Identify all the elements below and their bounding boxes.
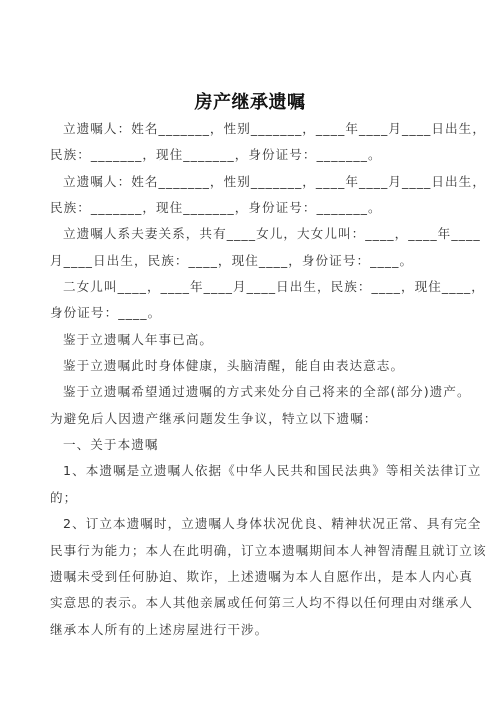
document-title: 房产继承遗嘱: [0, 91, 500, 115]
testator-2-name-line: 立遗嘱人：姓名_______，性别_______，____年____月____日…: [50, 169, 442, 195]
recital-intent: 鉴于立遗嘱希望通过遗嘱的方式来处分自己将来的全部(部分)遗产。: [50, 379, 442, 405]
testator-1-name-line: 立遗嘱人：姓名_______，性别_______，____年____月____日…: [50, 116, 442, 142]
eldest-daughter-details-line: 月____日出生，民族：____，现住____，身份证号：____。: [50, 248, 442, 274]
clause-2: 2、订立本遗嘱时，立遗嘱人身体状况优良、精神状况正常、具有完全: [50, 511, 442, 537]
second-daughter-line: 二女儿叫____，____年____月____日出生，民族：____，现住___…: [50, 274, 442, 300]
recital-intent-cont: 为避免后人因遗产继承问题发生争议，特立以下遗嘱：: [50, 406, 442, 432]
document-page: 房产继承遗嘱 立遗嘱人：姓名_______，性别_______，____年___…: [0, 0, 500, 708]
clause-2-cont-4: 继承本人所有的上述房屋进行干涉。: [50, 617, 442, 643]
testator-2-ethnicity-line: 民族：_______，现住_______，身份证号：_______。: [50, 195, 442, 221]
clause-2-cont-3: 实意思的表示。本人其他亲属或任何第三人均不得以任何理由对继承人: [50, 590, 442, 616]
clause-1: 1、本遗嘱是立遗嘱人依据《中华人民共和国民法典》等相关法律订立: [50, 458, 442, 484]
second-daughter-id-line: 身份证号：____。: [50, 300, 442, 326]
document-body: 立遗嘱人：姓名_______，性别_______，____年____月____日…: [50, 116, 442, 643]
eldest-daughter-line: 立遗嘱人系夫妻关系，共有____女儿，大女儿叫：____，____年____: [50, 221, 442, 247]
recital-health: 鉴于立遗嘱此时身体健康，头脑清醒，能自由表达意志。: [50, 353, 442, 379]
clause-2-cont-1: 民事行为能力；本人在此明确，订立本遗嘱期间本人神智清醒且就订立该: [50, 538, 442, 564]
clause-1-cont: 的；: [50, 485, 442, 511]
testator-1-ethnicity-line: 民族：_______，现住_______，身份证号：_______。: [50, 142, 442, 168]
clause-2-cont-2: 遗嘱未受到任何胁迫、欺诈，上述遗嘱为本人自愿作出，是本人内心真: [50, 564, 442, 590]
recital-age: 鉴于立遗嘱人年事已高。: [50, 327, 442, 353]
section-heading-about-will: 一、关于本遗嘱: [50, 432, 442, 458]
